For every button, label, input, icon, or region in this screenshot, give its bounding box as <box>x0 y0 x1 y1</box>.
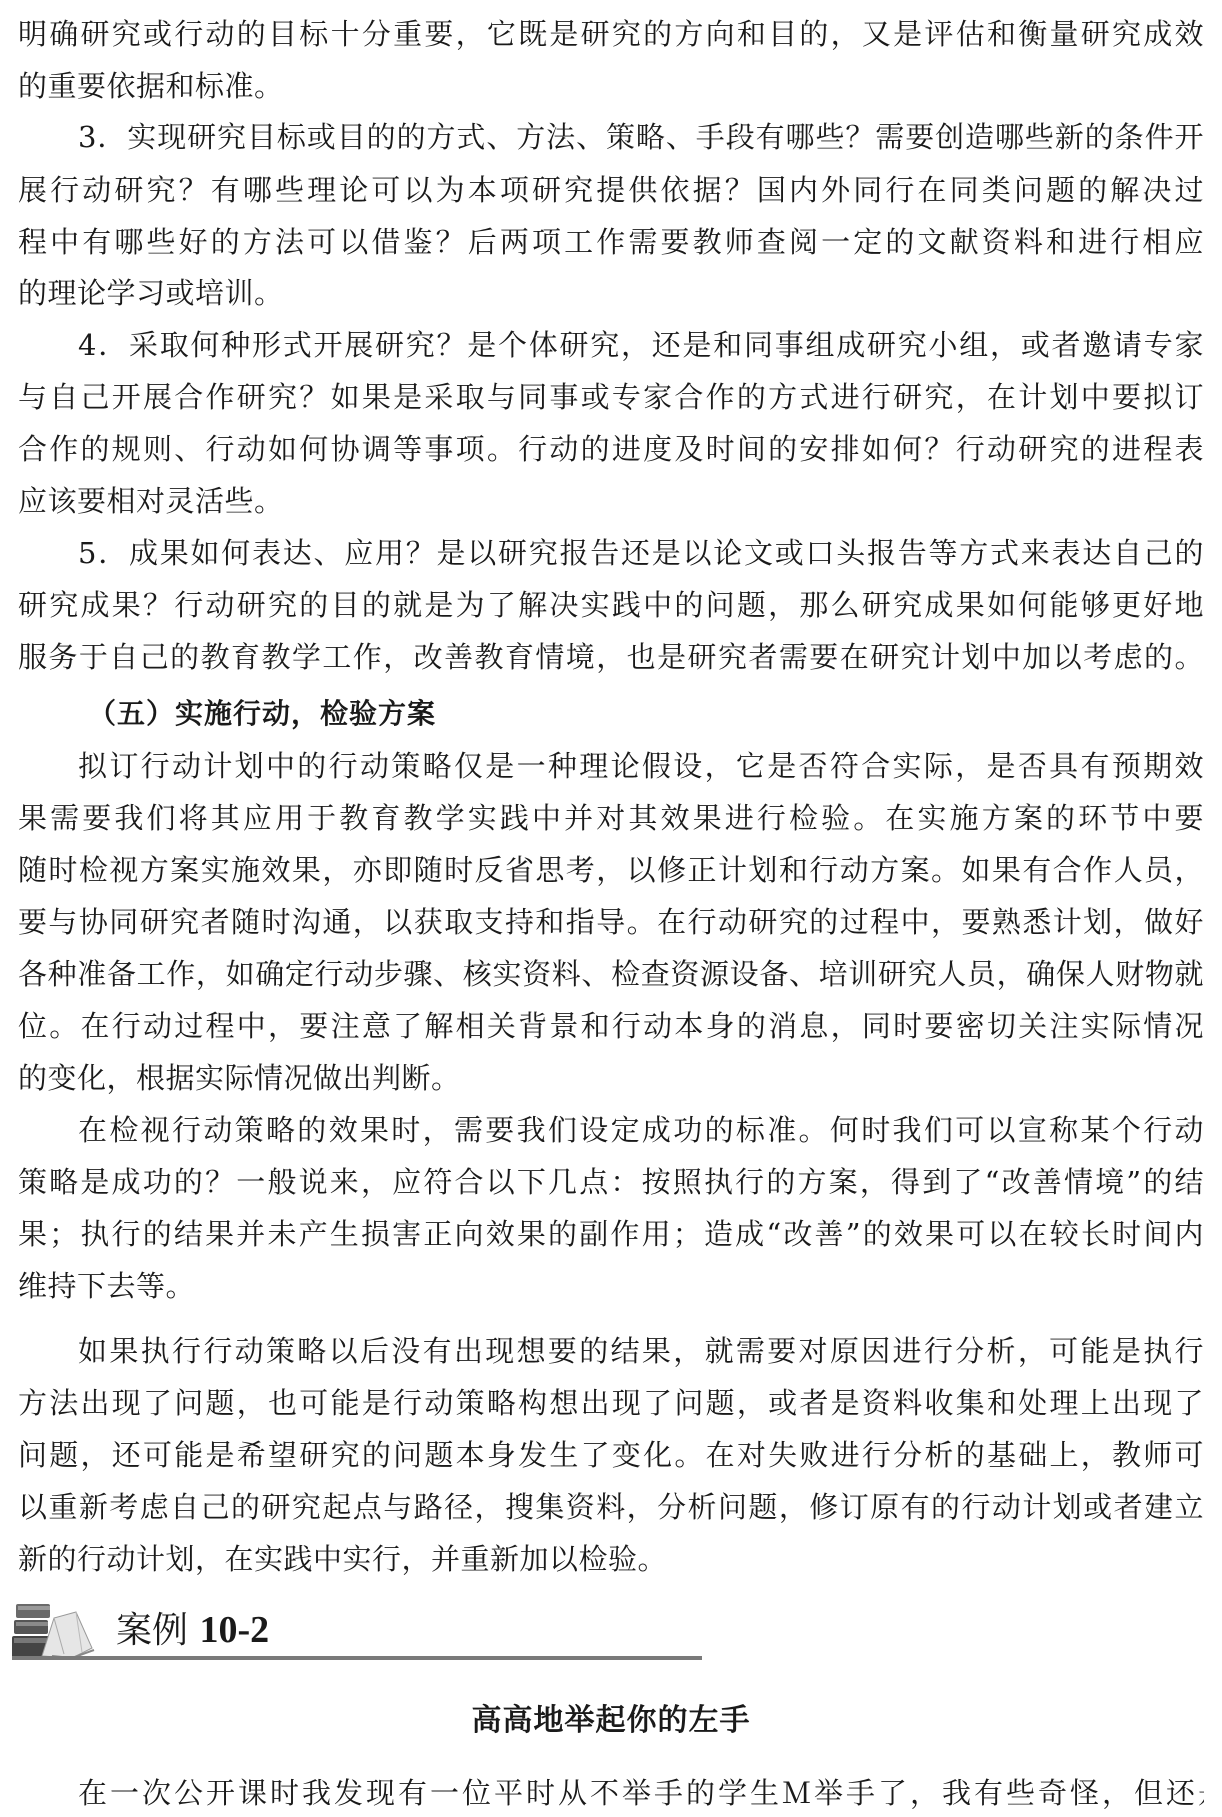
case-number: 10-2 <box>199 1609 269 1651</box>
section-heading: （五）实施行动，检验方案 <box>88 694 436 734</box>
text-line: 3．实现研究目标或目的的方式、方法、策略、手段有哪些？需要创造哪些新的条件开 <box>78 117 1204 157</box>
text-line: 维持下去等。 <box>18 1266 1204 1306</box>
text-line: 拟订行动计划中的行动策略仅是一种理论假设，它是否符合实际，是否具有预期效 <box>78 746 1204 786</box>
text-line: 4．采取何种形式开展研究？是个体研究，还是和同事组成研究小组，或者邀请专家 <box>78 325 1204 365</box>
text-line: 5．成果如何表达、应用？是以研究报告还是以论文或口头报告等方式来表达自己的 <box>78 533 1204 573</box>
text-line: 程中有哪些好的方法可以借鉴？后两项工作需要教师查阅一定的文献资料和进行相应 <box>18 222 1204 262</box>
text-line: 研究成果？行动研究的目的就是为了解决实践中的问题，那么研究成果如何能够更好地 <box>18 585 1204 625</box>
case-divider <box>12 1656 702 1660</box>
text-line: 应该要相对灵活些。 <box>18 481 1204 521</box>
text-line: 的变化，根据实际情况做出判断。 <box>18 1058 1204 1098</box>
text-line: 服务于自己的教育教学工作，改善教育情境，也是研究者需要在研究计划中加以考虑的。 <box>18 637 1204 677</box>
text-line: 合作的规则、行动如何协调等事项。行动的进度及时间的安排如何？行动研究的进程表 <box>18 429 1204 469</box>
text-line: 与自己开展合作研究？如果是采取与同事或专家合作的方式进行研究，在计划中要拟订 <box>18 377 1204 417</box>
case-label-text: 案例 <box>116 1610 188 1651</box>
text-line: 的重要依据和标准。 <box>18 66 1204 106</box>
text-line: 随时检视方案实施效果，亦即随时反省思考，以修正计划和行动方案。如果有合作人员， <box>18 850 1204 890</box>
books-icon <box>12 1598 100 1662</box>
text-line: 明确研究或行动的目标十分重要，它既是研究的方向和目的，又是评估和衡量研究成效 <box>18 14 1204 54</box>
text-line: 方法出现了问题，也可能是行动策略构想出现了问题，或者是资料收集和处理上出现了 <box>18 1383 1204 1423</box>
story-first-line: 在一次公开课时我发现有一位平时从不举手的学生Ｍ举手了，我有些奇怪，但还是 <box>78 1773 1204 1813</box>
text-line: 果需要我们将其应用于教育教学实践中并对其效果进行检验。在实施方案的环节中要 <box>18 798 1204 838</box>
text-line: 展行动研究？有哪些理论可以为本项研究提供依据？国内外同行在同类问题的解决过 <box>18 170 1204 210</box>
text-line: 策略是成功的？一般说来，应符合以下几点：按照执行的方案，得到了“改善情境”的结 <box>18 1162 1204 1202</box>
text-line: 新的行动计划，在实践中实行，并重新加以检验。 <box>18 1539 1204 1579</box>
text-line: 如果执行行动策略以后没有出现想要的结果，就需要对原因进行分析，可能是执行 <box>78 1331 1204 1371</box>
text-line: 在检视行动策略的效果时，需要我们设定成功的标准。何时我们可以宣称某个行动 <box>78 1110 1204 1150</box>
text-line: 问题，还可能是希望研究的问题本身发生了变化。在对失败进行分析的基础上，教师可 <box>18 1435 1204 1475</box>
text-line: 位。在行动过程中，要注意了解相关背景和行动本身的消息，同时要密切关注实际情况 <box>18 1006 1204 1046</box>
document-page: 明确研究或行动的目标十分重要，它既是研究的方向和目的，又是评估和衡量研究成效的重… <box>0 0 1222 1817</box>
text-line: 以重新考虑自己的研究起点与路径，搜集资料，分析问题，修订原有的行动计划或者建立 <box>18 1487 1204 1527</box>
text-line: 的理论学习或培训。 <box>18 273 1204 313</box>
text-line: 各种准备工作，如确定行动步骤、核实资料、检查资源设备、培训研究人员，确保人财物就 <box>18 954 1204 994</box>
story-title: 高高地举起你的左手 <box>0 1701 1222 1741</box>
text-line: 要与协同研究者随时沟通，以获取支持和指导。在行动研究的过程中，要熟悉计划，做好 <box>18 902 1204 942</box>
text-line: 果；执行的结果并未产生损害正向效果的副作用；造成“改善”的效果可以在较长时间内 <box>18 1214 1204 1254</box>
case-label: 案例 10-2 <box>116 1608 269 1653</box>
